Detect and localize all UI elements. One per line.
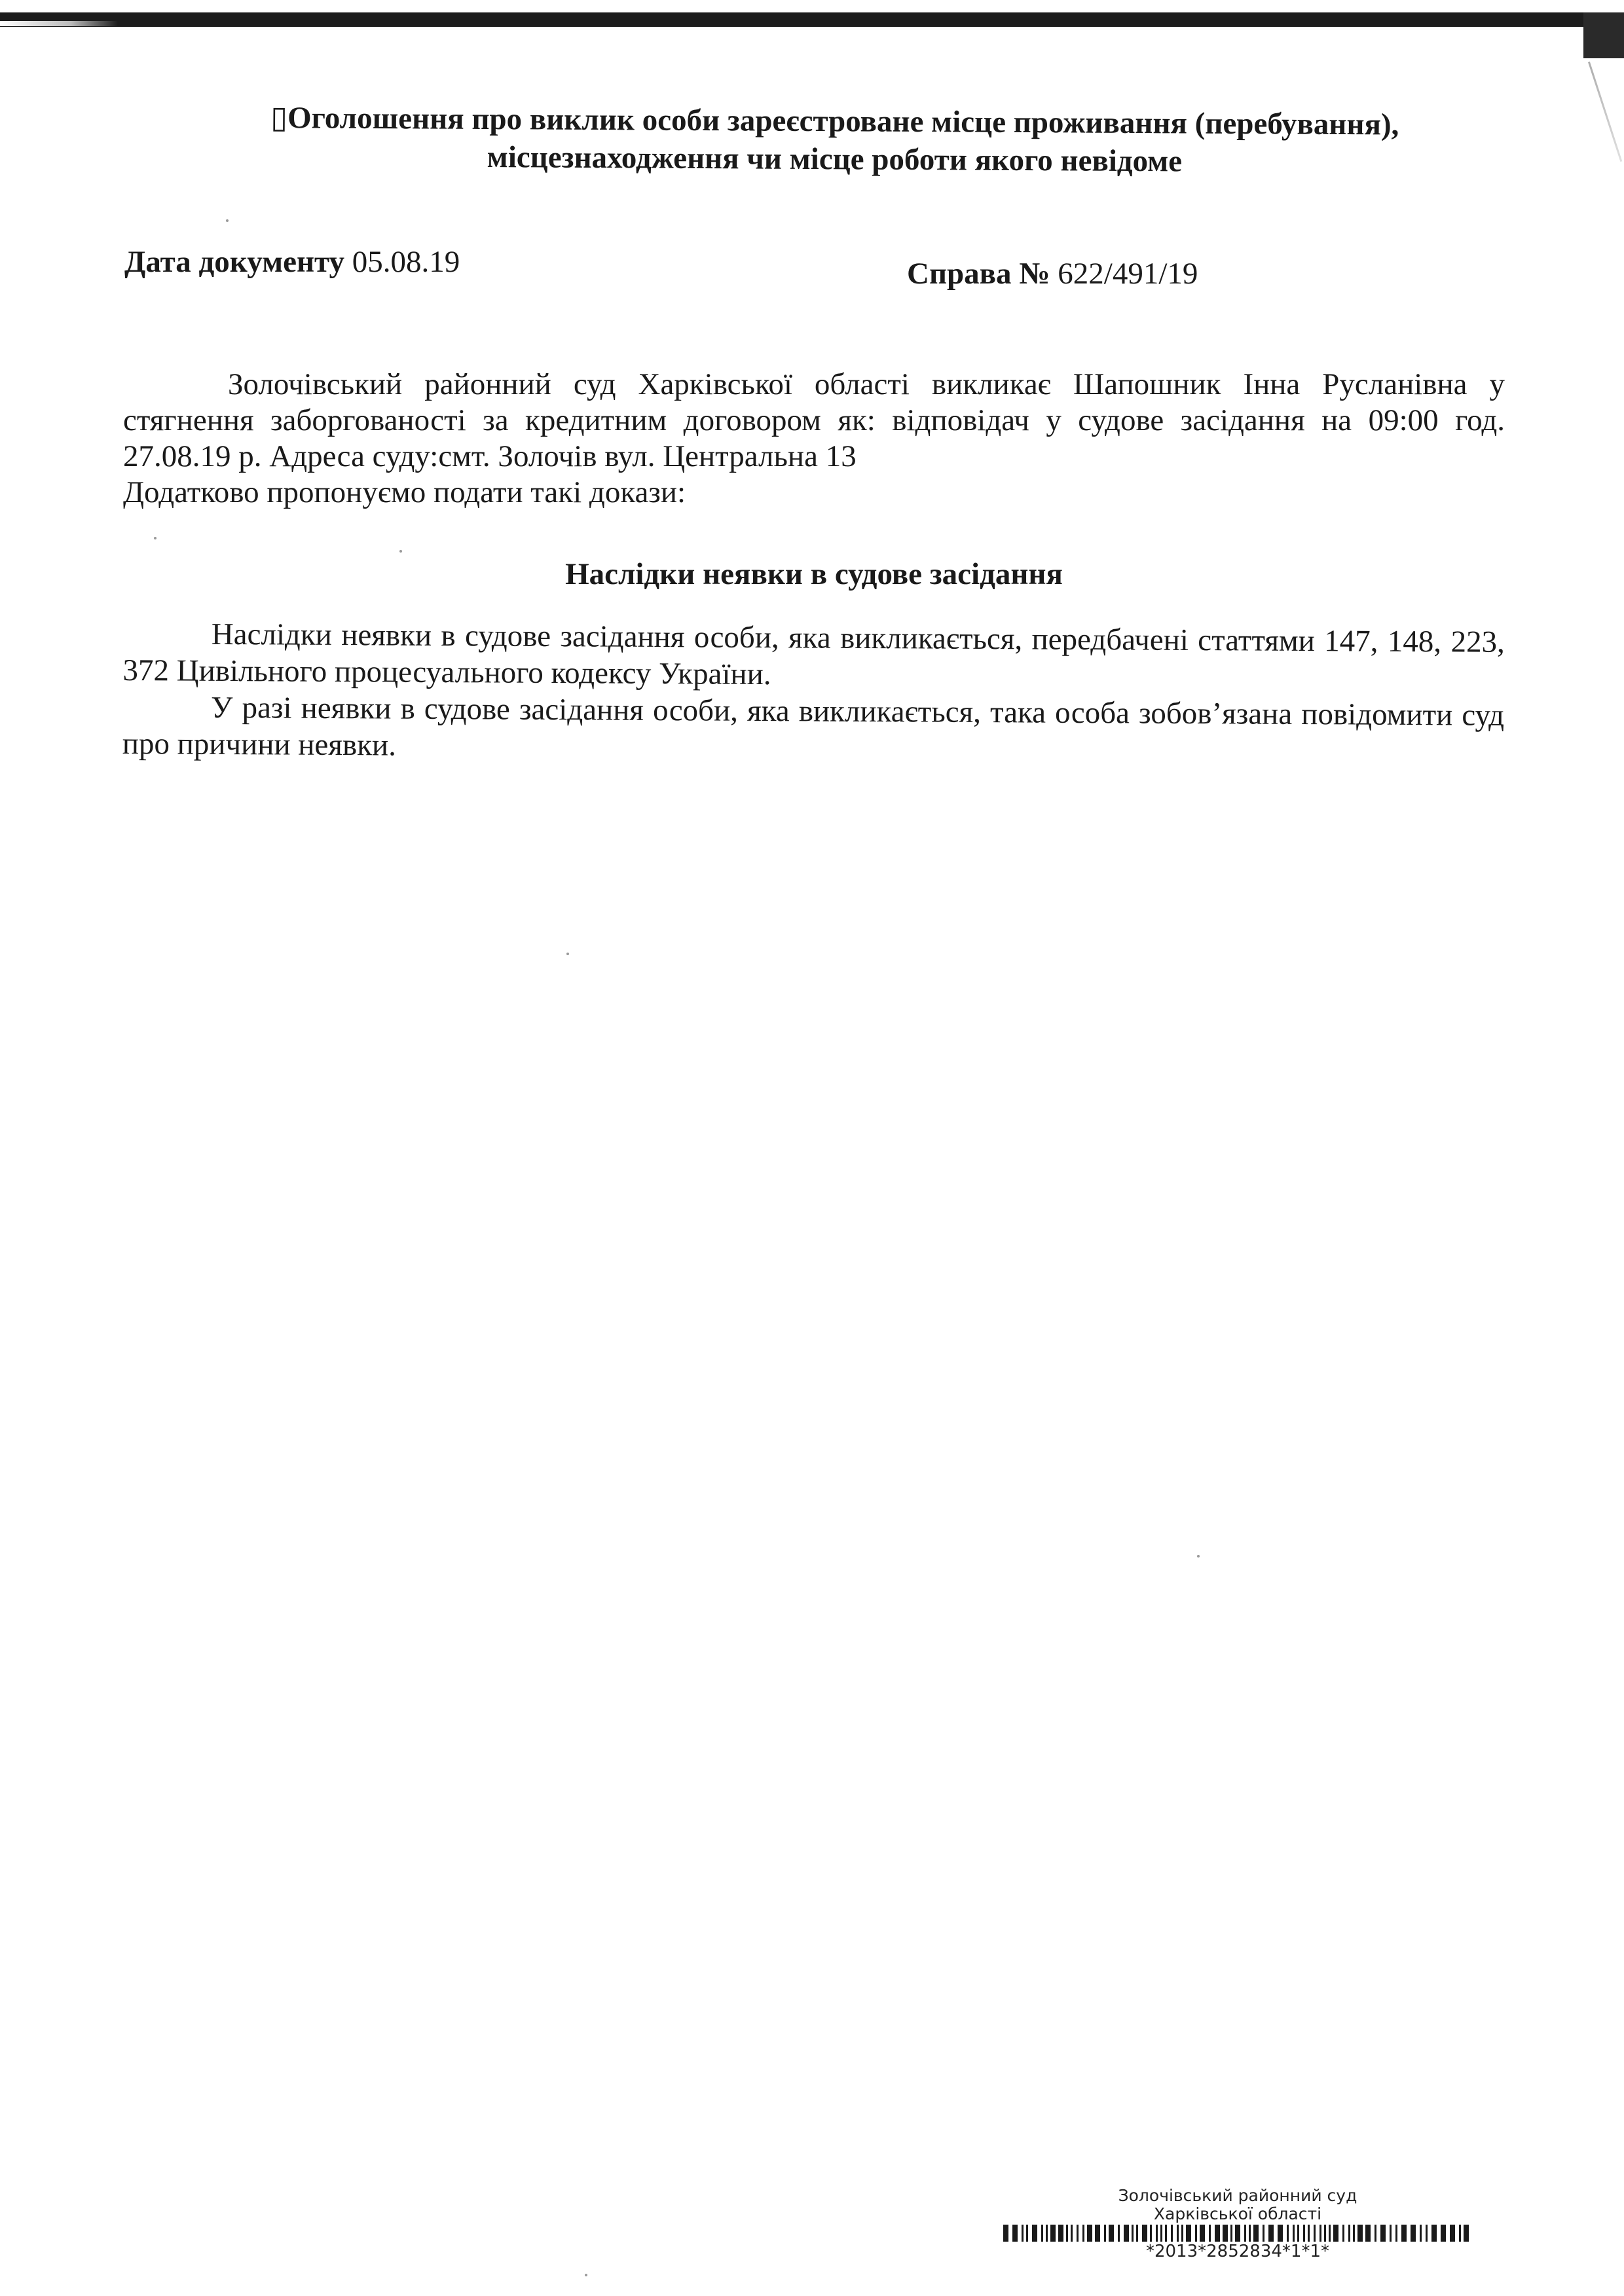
barcode-bar	[1253, 2225, 1259, 2242]
barcode-bar	[1177, 2225, 1179, 2242]
barcode-bar	[1375, 2225, 1376, 2242]
consequences-section: Наслідки неявки в судове засідання особи…	[122, 615, 1505, 771]
barcode-bar	[1249, 2225, 1251, 2242]
barcode-bar	[1150, 2225, 1152, 2242]
barcode-bar	[1022, 2225, 1024, 2242]
scan-speck	[566, 953, 569, 955]
barcode-bar	[1287, 2225, 1289, 2242]
case-number-label: Справа №	[907, 257, 1050, 291]
barcode-bar	[1319, 2225, 1321, 2242]
barcode-bar	[1459, 2225, 1461, 2242]
barcode-bar	[1411, 2225, 1416, 2242]
barcode-bar	[1109, 2225, 1114, 2242]
barcode-bar	[1357, 2225, 1363, 2242]
barcode-bar	[1380, 2225, 1386, 2242]
scan-page-edge	[1588, 62, 1622, 162]
barcode-bar	[1324, 2225, 1326, 2242]
scan-border-corner	[1583, 12, 1624, 58]
barcode-bar	[1235, 2225, 1240, 2242]
barcode-bar	[1066, 2225, 1068, 2242]
barcode-bar	[1308, 2225, 1310, 2242]
barcode-bar	[1420, 2225, 1422, 2242]
barcode-bar	[1365, 2225, 1371, 2242]
scanned-document-page: ▯Оголошення про виклик особи зареєстрова…	[0, 0, 1624, 2296]
barcode-bar	[1244, 2225, 1246, 2242]
barcode-bar	[1041, 2225, 1043, 2242]
barcode-bar	[1431, 2225, 1437, 2242]
barcode-bar	[1293, 2225, 1295, 2242]
barcode-bar	[1071, 2225, 1073, 2242]
barcode-bar	[1303, 2225, 1305, 2242]
barcode-bar	[1104, 2225, 1106, 2242]
consequences-paragraph: У разі неявки в судове засідання особи, …	[122, 689, 1505, 771]
scan-border-top	[0, 12, 1624, 27]
barcode-icon	[989, 2225, 1486, 2242]
case-number: Справа № 622/491/19	[907, 254, 1198, 293]
scan-speck	[585, 2274, 587, 2276]
barcode-bar	[1118, 2225, 1120, 2242]
barcode-bar	[1156, 2225, 1158, 2242]
barcode-bar	[1209, 2225, 1211, 2242]
barcode-bar	[1390, 2225, 1392, 2242]
barcode-bar	[1142, 2225, 1147, 2242]
barcode-bar	[1215, 2225, 1220, 2242]
document-date-value: 05.08.19	[352, 245, 460, 279]
stamp-court-name: Золочівський районний суд	[989, 2187, 1486, 2205]
barcode-bar	[1186, 2225, 1191, 2242]
document-date: Дата документу 05.08.19	[124, 242, 460, 282]
barcode-bar	[1464, 2225, 1469, 2242]
barcode-bar	[1077, 2225, 1079, 2242]
barcode-bar	[1223, 2225, 1228, 2242]
barcode-bar	[1003, 2225, 1008, 2242]
barcode-bar	[1012, 2225, 1018, 2242]
barcode-bar	[1160, 2225, 1162, 2242]
barcode-bar	[1026, 2225, 1028, 2242]
case-number-value: 622/491/19	[1058, 257, 1198, 291]
barcode-bar	[1263, 2225, 1264, 2242]
document-date-label: Дата документу	[124, 245, 344, 279]
barcode-bar	[1329, 2225, 1331, 2242]
evidence-line: Додатково пропонуємо подати такі докази:	[123, 475, 1505, 511]
barcode-bar	[1171, 2225, 1173, 2242]
barcode-bar	[1095, 2225, 1100, 2242]
barcode-bar	[1050, 2225, 1056, 2242]
barcode-bar	[1124, 2225, 1129, 2242]
summons-body: Золочівський районний суд Харківської об…	[123, 367, 1505, 511]
barcode-bar	[1165, 2225, 1167, 2242]
stamp-court-region: Харківської області	[989, 2205, 1486, 2223]
barcode-bar	[1342, 2225, 1344, 2242]
consequences-paragraph: Наслідки неявки в судове засідання особи…	[122, 615, 1505, 697]
barcode-bar	[1082, 2225, 1084, 2242]
barcode-bar	[1136, 2225, 1138, 2242]
barcode-bar	[1314, 2225, 1316, 2242]
barcode-number: *2013*2852834*1*1*	[989, 2242, 1486, 2261]
scan-speck	[399, 550, 402, 553]
scan-speck	[1197, 1555, 1200, 1558]
scan-speck	[226, 219, 229, 222]
barcode-bar	[1426, 2225, 1428, 2242]
barcode-bar	[1401, 2225, 1407, 2242]
summons-paragraph: Золочівський районний суд Харківської об…	[123, 367, 1505, 475]
scan-speck	[154, 537, 157, 539]
section-heading: Наслідки неявки в судове засідання	[123, 555, 1505, 593]
barcode-bar	[1046, 2225, 1048, 2242]
barcode-bar	[1058, 2225, 1063, 2242]
barcode-bar	[1450, 2225, 1455, 2242]
barcode-bar	[1268, 2225, 1274, 2242]
barcode-bar	[1353, 2225, 1355, 2242]
barcode-bar	[1297, 2225, 1299, 2242]
court-barcode-stamp: Золочівський районний суд Харківської об…	[989, 2187, 1486, 2261]
scan-border-artifact	[0, 21, 118, 26]
barcode-bar	[1441, 2225, 1446, 2242]
barcode-bar	[1132, 2225, 1134, 2242]
barcode-bar	[1278, 2225, 1283, 2242]
barcode-bar	[1195, 2225, 1197, 2242]
barcode-bar	[1181, 2225, 1183, 2242]
barcode-bar	[1395, 2225, 1397, 2242]
barcode-bar	[1333, 2225, 1338, 2242]
document-title: ▯Оголошення про виклик особи зареєстрова…	[163, 98, 1506, 183]
barcode-bar	[1230, 2225, 1232, 2242]
barcode-bar	[1200, 2225, 1205, 2242]
barcode-bar	[1348, 2225, 1350, 2242]
barcode-bar	[1087, 2225, 1092, 2242]
barcode-bar	[1032, 2225, 1037, 2242]
